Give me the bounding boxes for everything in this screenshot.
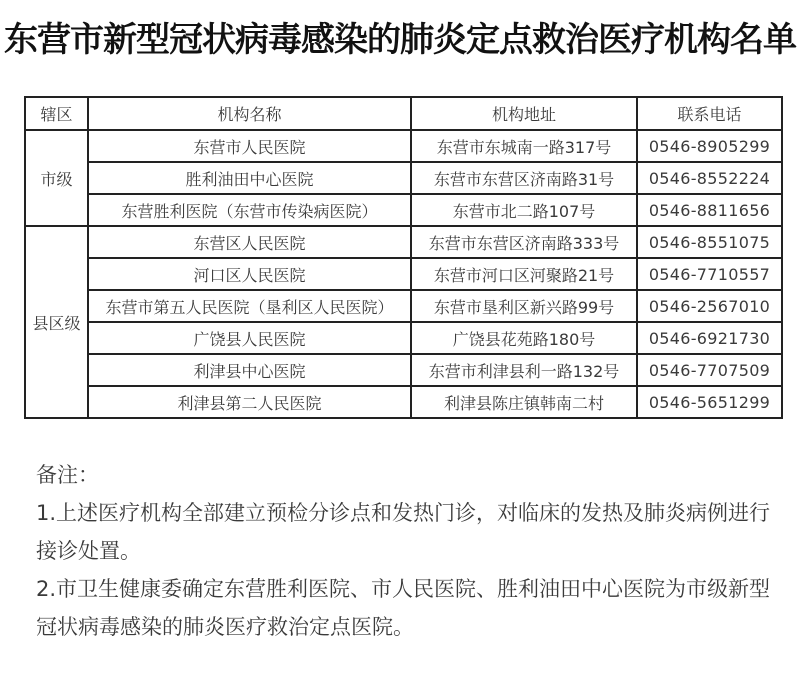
hospital-name: 东营市人民医院 bbox=[88, 130, 411, 162]
note-item: 2.市卫生健康委确定东营胜利医院、市人民医院、胜利油田中心医院为市级新型冠状病毒… bbox=[36, 570, 776, 646]
hospital-name: 东营区人民医院 bbox=[88, 226, 411, 258]
header-address: 机构地址 bbox=[411, 97, 637, 130]
hospital-name: 河口区人民医院 bbox=[88, 258, 411, 290]
table-row: 市级 东营市人民医院 东营市东城南一路317号 0546-8905299 bbox=[25, 130, 782, 162]
note-item: 1.上述医疗机构全部建立预检分诊点和发热门诊，对临床的发热及肺炎病例进行接诊处置… bbox=[36, 494, 776, 570]
hospital-phone: 0546-6921730 bbox=[637, 322, 782, 354]
table-row: 利津县中心医院 东营市利津县利一路132号 0546-7707509 bbox=[25, 354, 782, 386]
hospital-phone: 0546-8811656 bbox=[637, 194, 782, 226]
hospital-address: 东营市利津县利一路132号 bbox=[411, 354, 637, 386]
document-title: 东营市新型冠状病毒感染的肺炎定点救治医疗机构名单 bbox=[0, 12, 800, 61]
hospital-address: 东营市河口区河聚路21号 bbox=[411, 258, 637, 290]
area-cell: 县区级 bbox=[25, 226, 88, 418]
hospital-name: 东营市第五人民医院（垦利区人民医院） bbox=[88, 290, 411, 322]
hospital-phone: 0546-8905299 bbox=[637, 130, 782, 162]
table-row: 河口区人民医院 东营市河口区河聚路21号 0546-7710557 bbox=[25, 258, 782, 290]
hospital-phone: 0546-7707509 bbox=[637, 354, 782, 386]
hospital-phone: 0546-8552224 bbox=[637, 162, 782, 194]
hospital-name: 利津县中心医院 bbox=[88, 354, 411, 386]
notes-section: 备注： 1.上述医疗机构全部建立预检分诊点和发热门诊，对临床的发热及肺炎病例进行… bbox=[36, 456, 776, 646]
hospital-address: 东营市东营区济南路31号 bbox=[411, 162, 637, 194]
hospital-address: 东营市北二路107号 bbox=[411, 194, 637, 226]
hospital-address: 广饶县花苑路180号 bbox=[411, 322, 637, 354]
table-row: 东营胜利医院（东营市传染病医院） 东营市北二路107号 0546-8811656 bbox=[25, 194, 782, 226]
header-area: 辖区 bbox=[25, 97, 88, 130]
hospital-address: 东营市垦利区新兴路99号 bbox=[411, 290, 637, 322]
header-phone: 联系电话 bbox=[637, 97, 782, 130]
hospital-name: 广饶县人民医院 bbox=[88, 322, 411, 354]
table-row: 东营市第五人民医院（垦利区人民医院） 东营市垦利区新兴路99号 0546-256… bbox=[25, 290, 782, 322]
hospital-address: 利津县陈庄镇韩南二村 bbox=[411, 386, 637, 418]
table-row: 县区级 东营区人民医院 东营市东营区济南路333号 0546-8551075 bbox=[25, 226, 782, 258]
hospital-phone: 0546-8551075 bbox=[637, 226, 782, 258]
hospital-phone: 0546-2567010 bbox=[637, 290, 782, 322]
hospital-phone: 0546-7710557 bbox=[637, 258, 782, 290]
table-row: 广饶县人民医院 广饶县花苑路180号 0546-6921730 bbox=[25, 322, 782, 354]
hospital-address: 东营市东城南一路317号 bbox=[411, 130, 637, 162]
notes-heading: 备注： bbox=[36, 456, 776, 494]
hospital-table: 辖区 机构名称 机构地址 联系电话 市级 东营市人民医院 东营市东城南一路317… bbox=[24, 96, 783, 419]
hospital-name: 胜利油田中心医院 bbox=[88, 162, 411, 194]
area-cell: 市级 bbox=[25, 130, 88, 226]
hospital-phone: 0546-5651299 bbox=[637, 386, 782, 418]
hospital-address: 东营市东营区济南路333号 bbox=[411, 226, 637, 258]
hospital-name: 利津县第二人民医院 bbox=[88, 386, 411, 418]
table-header-row: 辖区 机构名称 机构地址 联系电话 bbox=[25, 97, 782, 130]
table-row: 胜利油田中心医院 东营市东营区济南路31号 0546-8552224 bbox=[25, 162, 782, 194]
table-row: 利津县第二人民医院 利津县陈庄镇韩南二村 0546-5651299 bbox=[25, 386, 782, 418]
hospital-name: 东营胜利医院（东营市传染病医院） bbox=[88, 194, 411, 226]
header-name: 机构名称 bbox=[88, 97, 411, 130]
